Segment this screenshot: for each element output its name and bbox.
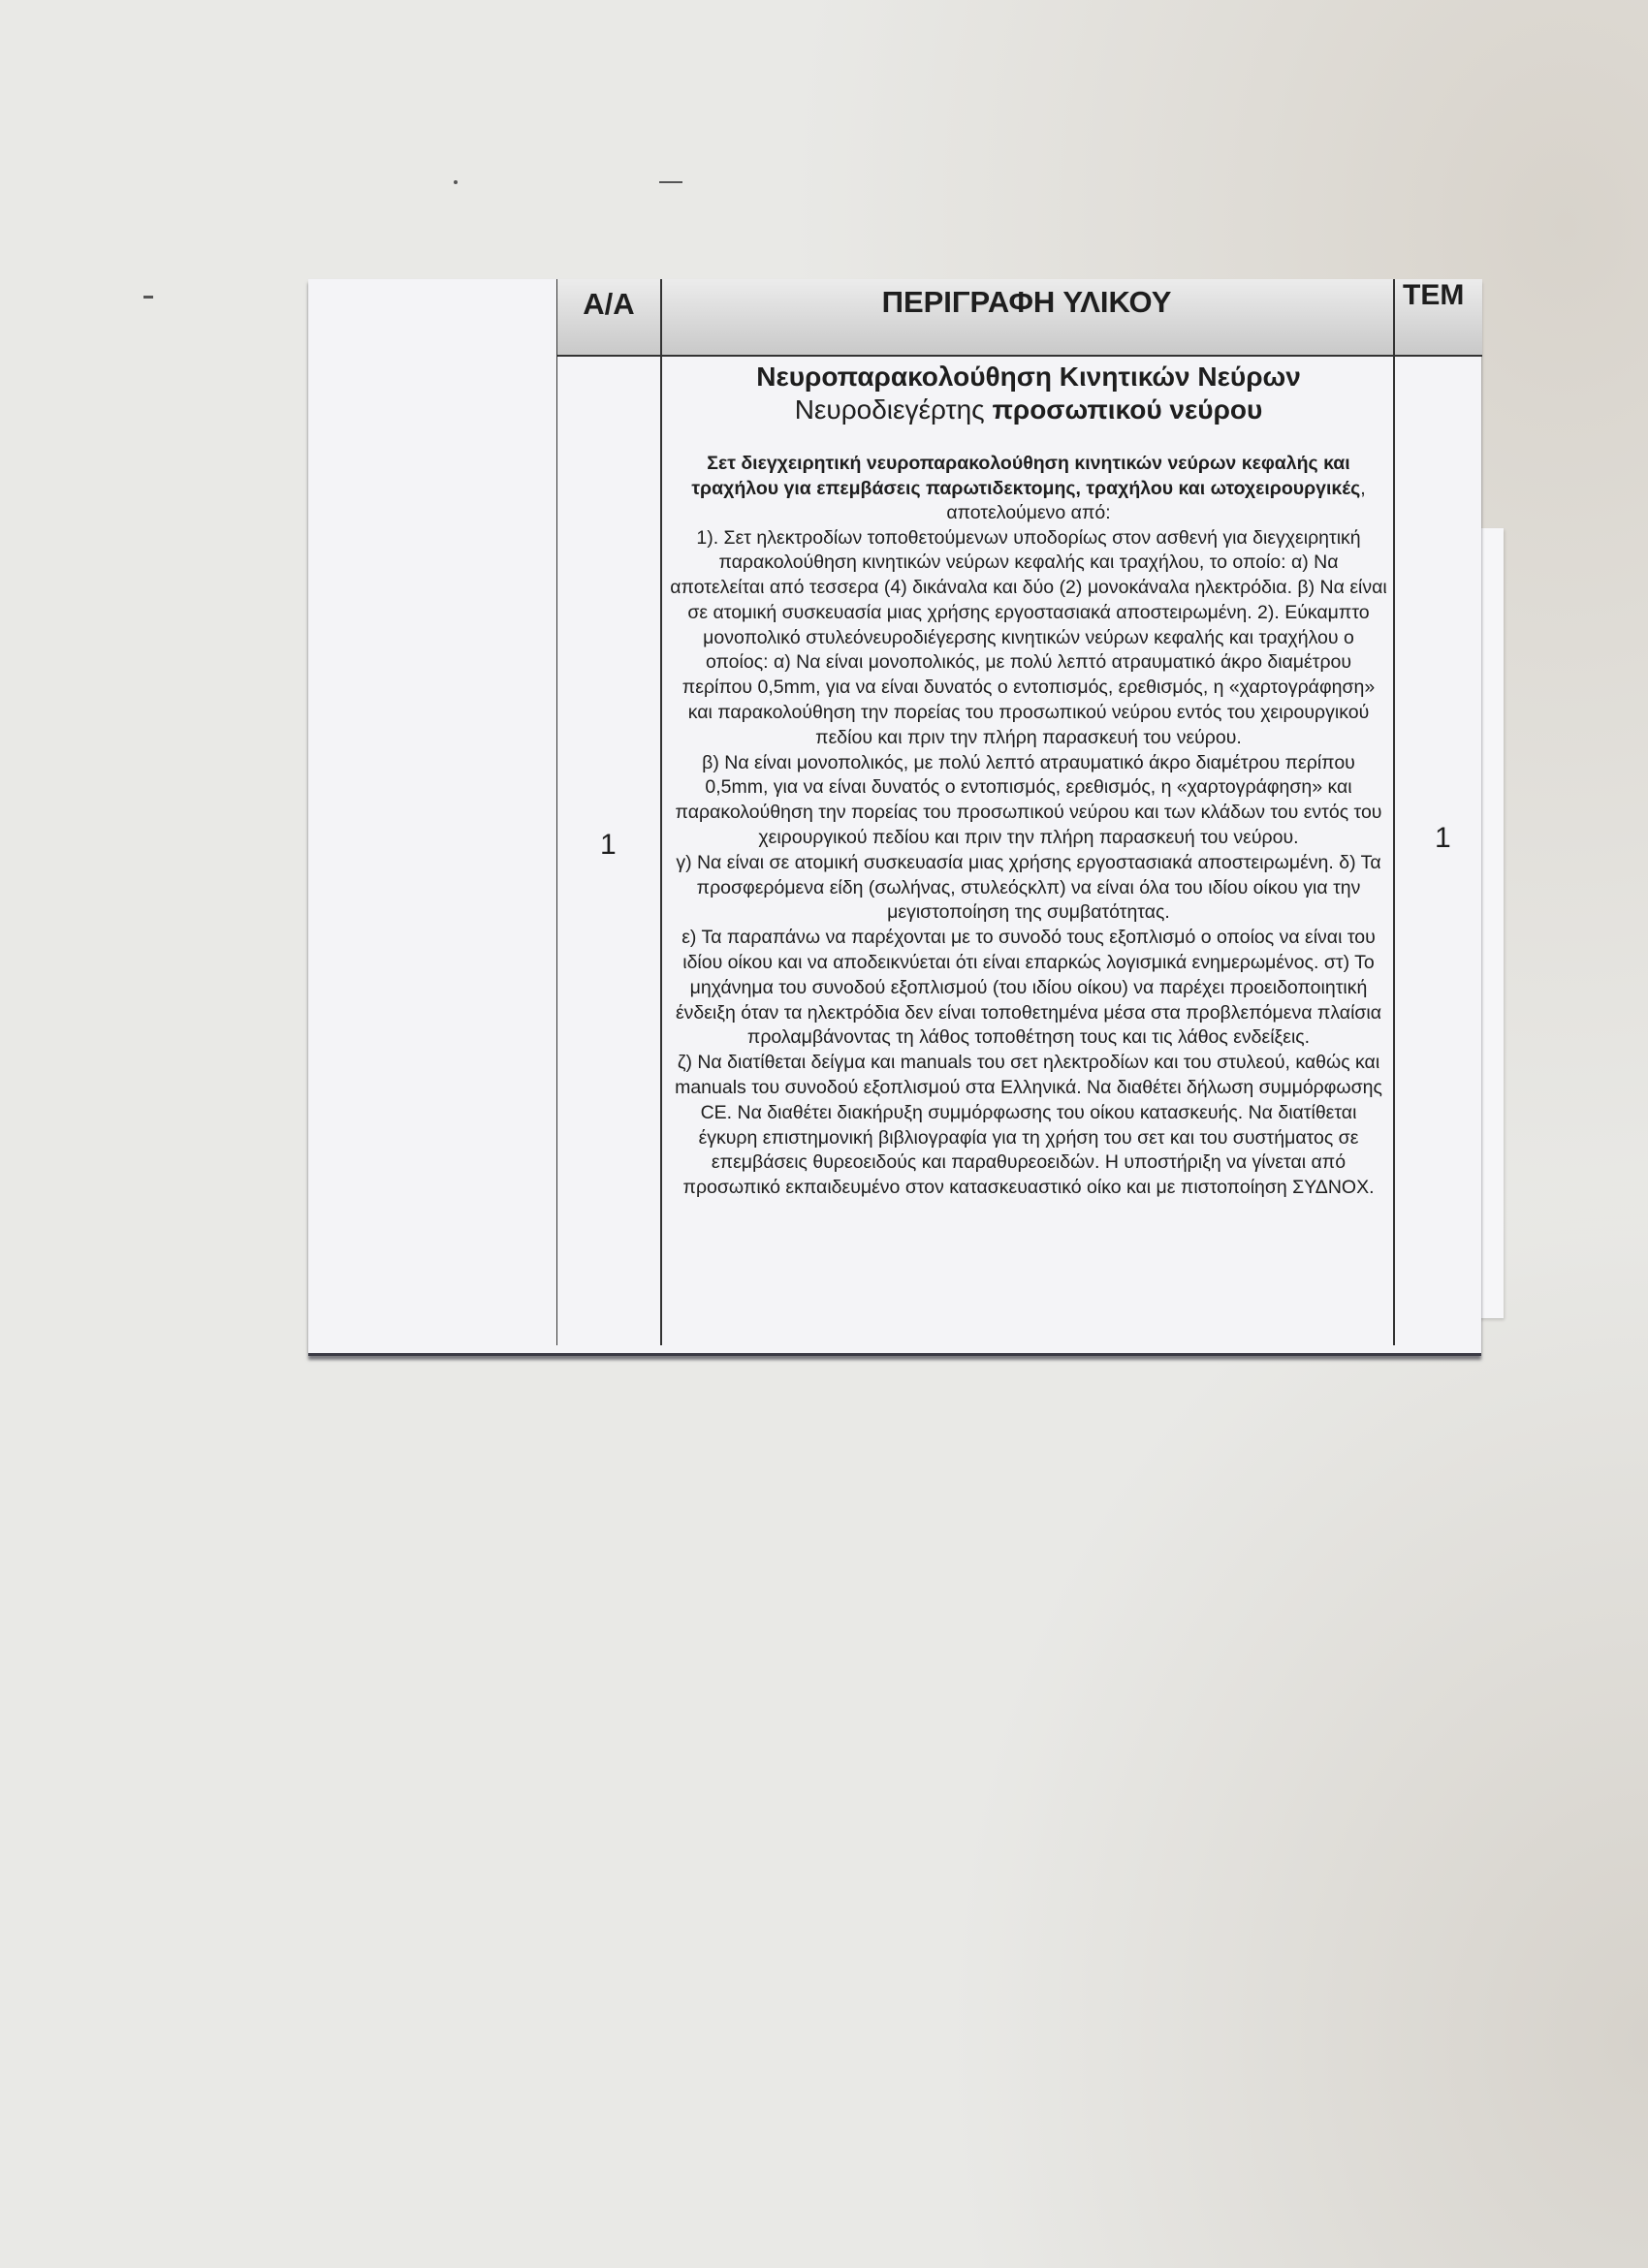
row-number: 1 [600, 829, 617, 862]
subtitle-bold: προσωπικού νεύρου [992, 394, 1262, 425]
materials-table: Α/Α ΠΕΡΙΓΡΑΦΗ ΥΛΙΚΟΥ ΤΕΜ 1 1 Νευροπαρακο… [556, 279, 1482, 1345]
scan-speck [454, 180, 458, 184]
item-title: Νευροπαρακολούθηση Κινητικών Νεύρων [670, 361, 1387, 394]
intro-bold: Σετ διεγχειρητική νευροπαρακολούθηση κιν… [691, 453, 1360, 499]
row-description: Νευροπαρακολούθηση Κινητικών Νεύρων Νευρ… [670, 361, 1387, 1201]
item-subtitle: Νευροδιεγέρτης προσωπικού νεύρου [670, 394, 1387, 426]
row-quantity: 1 [1435, 822, 1451, 855]
scan-speck [659, 181, 682, 183]
item-intro: Σετ διεγχειρητική νευροπαρακολούθηση κιν… [670, 452, 1387, 526]
table-header-row: Α/Α ΠΕΡΙΓΡΑΦΗ ΥΛΙΚΟΥ ΤΕΜ [557, 279, 1482, 357]
spec-paragraph: ε) Τα παραπάνω να παρέχονται με το συνοδ… [670, 926, 1387, 1051]
spec-paragraph: β) Να είναι μονοπολικός, με πολύ λεπτό α… [670, 751, 1387, 851]
subtitle-plain: Νευροδιεγέρτης [795, 394, 993, 425]
table-row: 1 1 Νευροπαρακολούθηση Κινητικών Νεύρων … [557, 357, 1482, 1345]
header-aa: Α/Α [557, 287, 660, 322]
scanned-sheet: Α/Α ΠΕΡΙΓΡΑΦΗ ΥΛΙΚΟΥ ΤΕΜ 1 1 Νευροπαρακο… [308, 279, 1481, 1356]
spec-paragraph: ζ) Να διατίθεται δείγμα και manuals του … [670, 1051, 1387, 1201]
header-description: ΠΕΡΙΓΡΑΦΗ ΥΛΙΚΟΥ [660, 285, 1393, 320]
spec-paragraph: γ) Να είναι σε ατομική συσκευασία μιας χ… [670, 851, 1387, 926]
header-quantity: ΤΕΜ [1393, 279, 1500, 312]
scan-speck [143, 296, 153, 299]
spec-paragraph: 1). Σετ ηλεκτροδίων τοποθετούμενων υποδο… [670, 526, 1387, 751]
